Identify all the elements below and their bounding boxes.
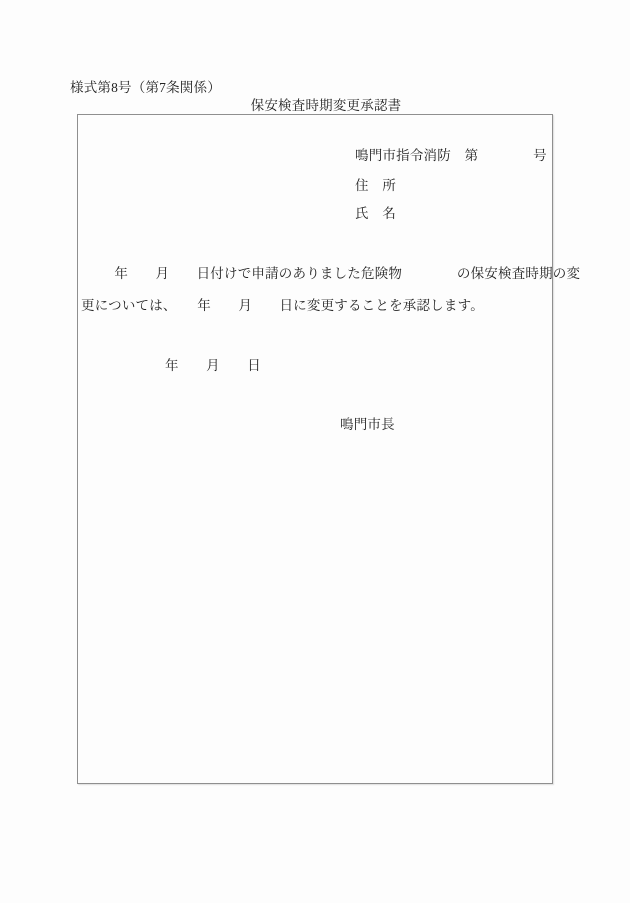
- document-title: 保安検査時期変更承認書: [77, 99, 567, 113]
- address-label: 住 所: [355, 179, 396, 193]
- document-page: 様式第8号（第7条関係） 保安検査時期変更承認書 鳴門市指令消防 第 号 住 所…: [0, 0, 630, 903]
- document-number-line: 鳴門市指令消防 第 号: [355, 149, 547, 163]
- approval-date-line: 年 月 日: [165, 359, 261, 373]
- document-frame: [77, 114, 553, 784]
- form-number-label: 様式第8号（第7条関係）: [70, 81, 221, 95]
- signature-mayor: 鳴門市長: [340, 418, 395, 432]
- body-text-line-1: 年 月 日付けで申請のありました危険物 の保安検査時期の変: [87, 267, 580, 281]
- name-label: 氏 名: [355, 207, 396, 221]
- body-text-line-2: 更については、 年 月 日に変更することを承認します。: [81, 299, 484, 313]
